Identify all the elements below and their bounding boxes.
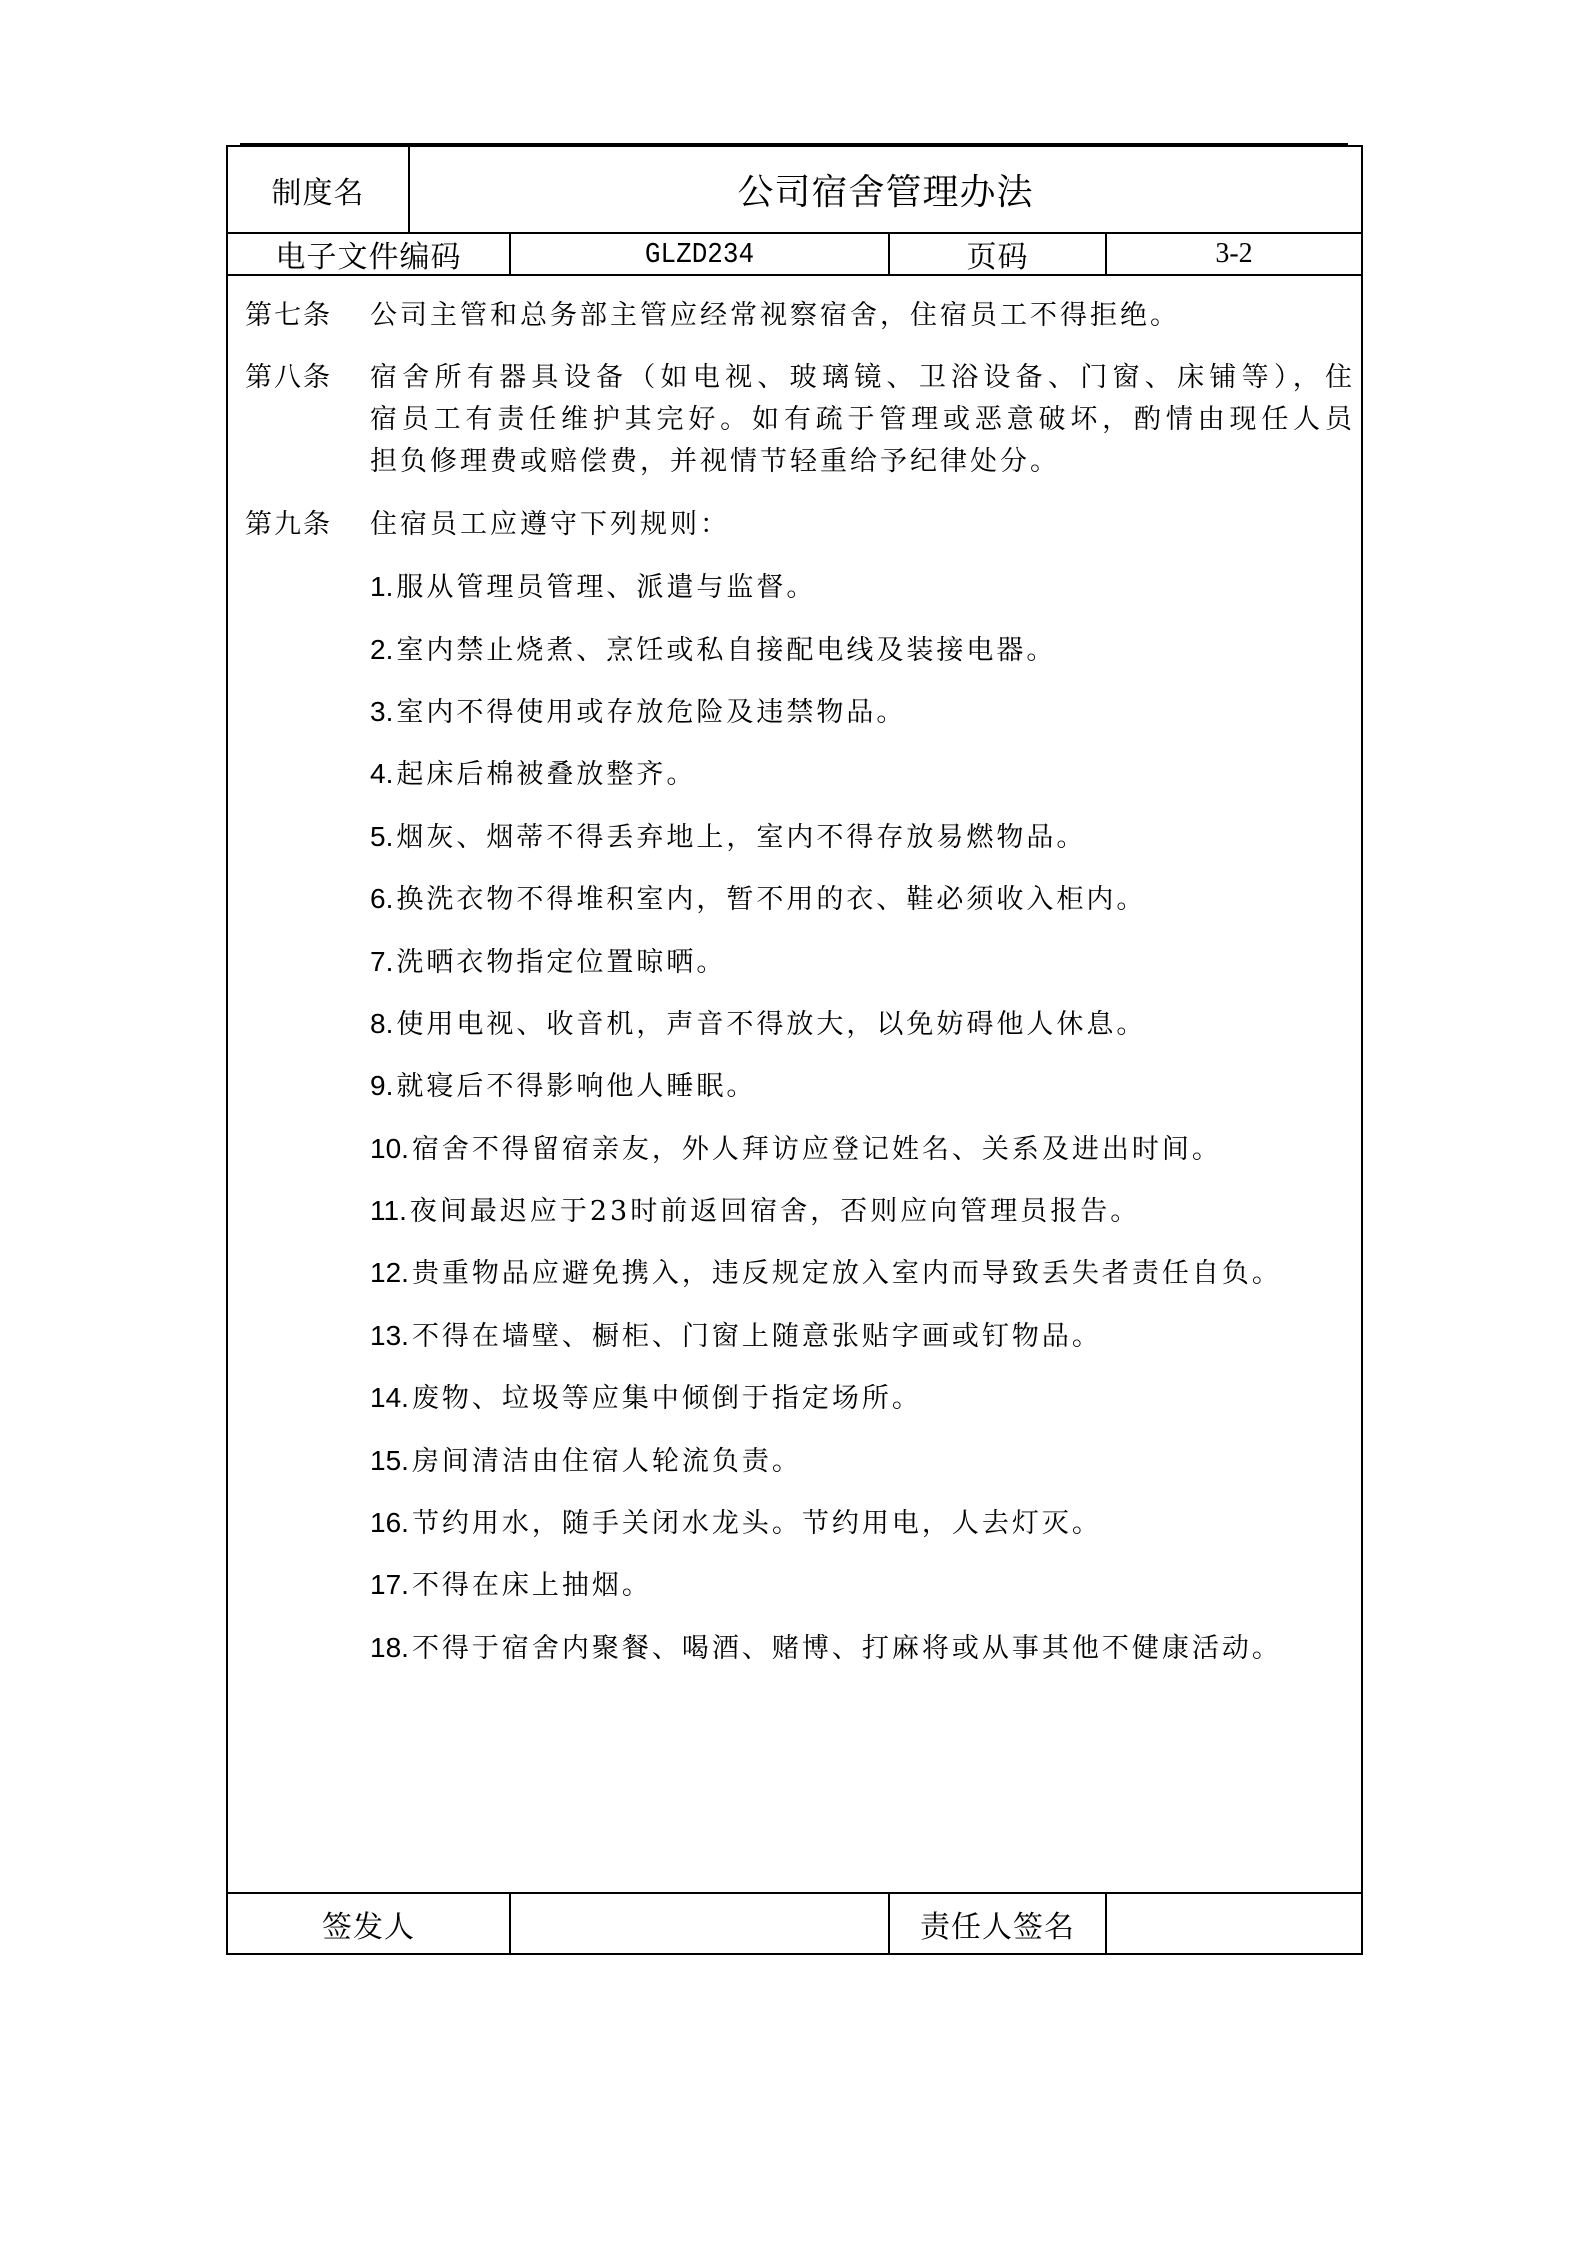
rule-item: 17.不得在床上抽烟。: [370, 1564, 1352, 1606]
rule-text: 室内不得使用或存放危险及违禁物品。: [396, 697, 906, 728]
rule-number: 17.: [370, 1569, 409, 1600]
rule-number: 12.: [370, 1257, 409, 1288]
file-code-value: GLZD234: [645, 237, 754, 271]
rule-text: 就寝后不得影响他人睡眠。: [396, 1071, 756, 1102]
rule-item: 9.就寝后不得影响他人睡眠。: [370, 1065, 1352, 1107]
rule-number: 16.: [370, 1507, 409, 1538]
rule-number: 18.: [370, 1632, 409, 1663]
rule-number: 10.: [370, 1133, 409, 1164]
rule-item: 11.夜间最迟应于23时前返回宿舍，否则应向管理员报告。: [370, 1190, 1352, 1232]
rule-text: 夜间最迟应于23时前返回宿舍，否则应向管理员报告。: [410, 1196, 1140, 1227]
rule-item: 1.服从管理员管理、派遣与监督。: [370, 566, 1352, 608]
rule-number: 3.: [370, 696, 393, 727]
rule-number: 15.: [370, 1445, 409, 1476]
article-content: 公司主管和总务部主管应经常视察宿舍，住宿员工不得拒绝。: [370, 295, 1352, 337]
issuer-signature-field: [509, 1892, 890, 1955]
rule-item: 16.节约用水，随手关闭水龙头。节约用电，人去灯灭。: [370, 1502, 1352, 1544]
article-content: 住宿员工应遵守下列规则： 1.服从管理员管理、派遣与监督。 2.室内禁止烧煮、烹…: [370, 504, 1352, 1669]
responsible-label-cell: 责任人签名: [888, 1892, 1107, 1955]
article-label: 第八条: [245, 357, 370, 399]
rule-text: 不得于宿舍内聚餐、喝酒、赌博、打麻将或从事其他不健康活动。: [412, 1633, 1282, 1664]
rule-number: 7.: [370, 946, 393, 977]
page-label: 页码: [967, 232, 1029, 276]
rule-number: 4.: [370, 758, 393, 789]
article-7: 第七条 公司主管和总务部主管应经常视察宿舍，住宿员工不得拒绝。: [245, 295, 1355, 337]
page-value: 3-2: [1215, 238, 1252, 270]
rule-text: 换洗衣物不得堆积室内，暂不用的衣、鞋必须收入柜内。: [396, 884, 1146, 915]
rule-text: 房间清洁由住宿人轮流负责。: [412, 1446, 802, 1477]
policy-title: 公司宿舍管理办法: [737, 164, 1033, 215]
file-code-label-cell: 电子文件编码: [226, 232, 511, 276]
rule-number: 13.: [370, 1320, 409, 1351]
rule-number: 11.: [370, 1195, 407, 1226]
rule-text: 废物、垃圾等应集中倾倒于指定场所。: [412, 1383, 922, 1414]
article-8: 第八条 宿舍所有器具设备（如电视、玻璃镜、卫浴设备、门窗、床铺等），住 宿员工有…: [245, 357, 1355, 483]
file-code-value-cell: GLZD234: [509, 232, 890, 276]
policy-name-label: 制度名: [272, 168, 365, 212]
rule-text: 烟灰、烟蒂不得丢弃地上，室内不得存放易燃物品。: [396, 822, 1086, 853]
rule-number: 2.: [370, 634, 393, 665]
issuer-label-cell: 签发人: [226, 1892, 511, 1955]
rule-text: 使用电视、收音机，声音不得放大，以免妨碍他人休息。: [396, 1009, 1146, 1040]
rule-text: 不得在墙壁、橱柜、门窗上随意张贴字画或钉物品。: [412, 1321, 1102, 1352]
rule-item: 6.换洗衣物不得堆积室内，暂不用的衣、鞋必须收入柜内。: [370, 878, 1352, 920]
article-line: 宿员工有责任维护其完好。如有疏于管理或恶意破坏，酌情由现任人员: [370, 399, 1352, 441]
rule-number: 6.: [370, 883, 393, 914]
article-line: 公司主管和总务部主管应经常视察宿舍，住宿员工不得拒绝。: [370, 295, 1352, 337]
article-content: 宿舍所有器具设备（如电视、玻璃镜、卫浴设备、门窗、床铺等），住 宿员工有责任维护…: [370, 357, 1352, 483]
page-value-cell: 3-2: [1105, 232, 1363, 276]
rule-text: 室内禁止烧煮、烹饪或私自接配电线及装接电器。: [396, 635, 1056, 666]
rule-number: 5.: [370, 821, 393, 852]
policy-name-label-cell: 制度名: [226, 145, 410, 234]
article-line: 担负修理费或赔偿费，并视情节轻重给予纪律处分。: [370, 441, 1352, 483]
rule-item: 13.不得在墙壁、橱柜、门窗上随意张贴字画或钉物品。: [370, 1315, 1352, 1357]
rule-item: 5.烟灰、烟蒂不得丢弃地上，室内不得存放易燃物品。: [370, 816, 1352, 858]
rule-item: 4.起床后棉被叠放整齐。: [370, 753, 1352, 795]
rule-item: 3.室内不得使用或存放危险及违禁物品。: [370, 691, 1352, 733]
rule-text: 节约用水，随手关闭水龙头。节约用电，人去灯灭。: [412, 1508, 1102, 1539]
issuer-label: 签发人: [322, 1902, 415, 1946]
article-9: 第九条 住宿员工应遵守下列规则： 1.服从管理员管理、派遣与监督。 2.室内禁止…: [245, 504, 1355, 1669]
responsible-label: 责任人签名: [920, 1902, 1075, 1946]
article-line: 住宿员工应遵守下列规则：: [370, 504, 1352, 546]
document-page: 制度名 公司宿舍管理办法 电子文件编码 GLZD234 页码 3-2 第七条 公…: [0, 0, 1587, 2245]
rule-item: 2.室内禁止烧煮、烹饪或私自接配电线及装接电器。: [370, 629, 1352, 671]
rule-text: 洗晒衣物指定位置晾晒。: [396, 947, 726, 978]
file-code-label: 电子文件编码: [276, 232, 462, 276]
article-line: 宿舍所有器具设备（如电视、玻璃镜、卫浴设备、门窗、床铺等），住: [370, 357, 1352, 399]
rule-number: 9.: [370, 1070, 393, 1101]
rule-item: 10.宿舍不得留宿亲友，外人拜访应登记姓名、关系及进出时间。: [370, 1128, 1352, 1170]
rule-text: 起床后棉被叠放整齐。: [396, 759, 696, 790]
responsible-signature-field: [1105, 1892, 1363, 1955]
rule-item: 7.洗晒衣物指定位置晾晒。: [370, 941, 1352, 983]
rule-text: 服从管理员管理、派遣与监督。: [396, 572, 816, 603]
rule-item: 8.使用电视、收音机，声音不得放大，以免妨碍他人休息。: [370, 1003, 1352, 1045]
rule-item: 14.废物、垃圾等应集中倾倒于指定场所。: [370, 1377, 1352, 1419]
dorm-rules-list: 1.服从管理员管理、派遣与监督。 2.室内禁止烧煮、烹饪或私自接配电线及装接电器…: [370, 566, 1352, 1669]
rule-number: 8.: [370, 1008, 393, 1039]
policy-title-cell: 公司宿舍管理办法: [408, 145, 1363, 234]
rule-text: 贵重物品应避免携入，违反规定放入室内而导致丢失者责任自负。: [412, 1258, 1282, 1289]
rule-number: 14.: [370, 1382, 409, 1413]
article-label: 第九条: [245, 504, 370, 546]
rule-number: 1.: [370, 571, 393, 602]
rule-item: 18.不得于宿舍内聚餐、喝酒、赌博、打麻将或从事其他不健康活动。: [370, 1627, 1352, 1669]
rule-item: 12.贵重物品应避免携入，违反规定放入室内而导致丢失者责任自负。: [370, 1252, 1352, 1294]
policy-body: 第七条 公司主管和总务部主管应经常视察宿舍，住宿员工不得拒绝。 第八条 宿舍所有…: [245, 295, 1355, 1689]
rule-item: 15.房间清洁由住宿人轮流负责。: [370, 1440, 1352, 1482]
rule-text: 不得在床上抽烟。: [412, 1570, 652, 1601]
rule-text: 宿舍不得留宿亲友，外人拜访应登记姓名、关系及进出时间。: [412, 1134, 1222, 1165]
article-label: 第七条: [245, 295, 370, 337]
page-label-cell: 页码: [888, 232, 1107, 276]
